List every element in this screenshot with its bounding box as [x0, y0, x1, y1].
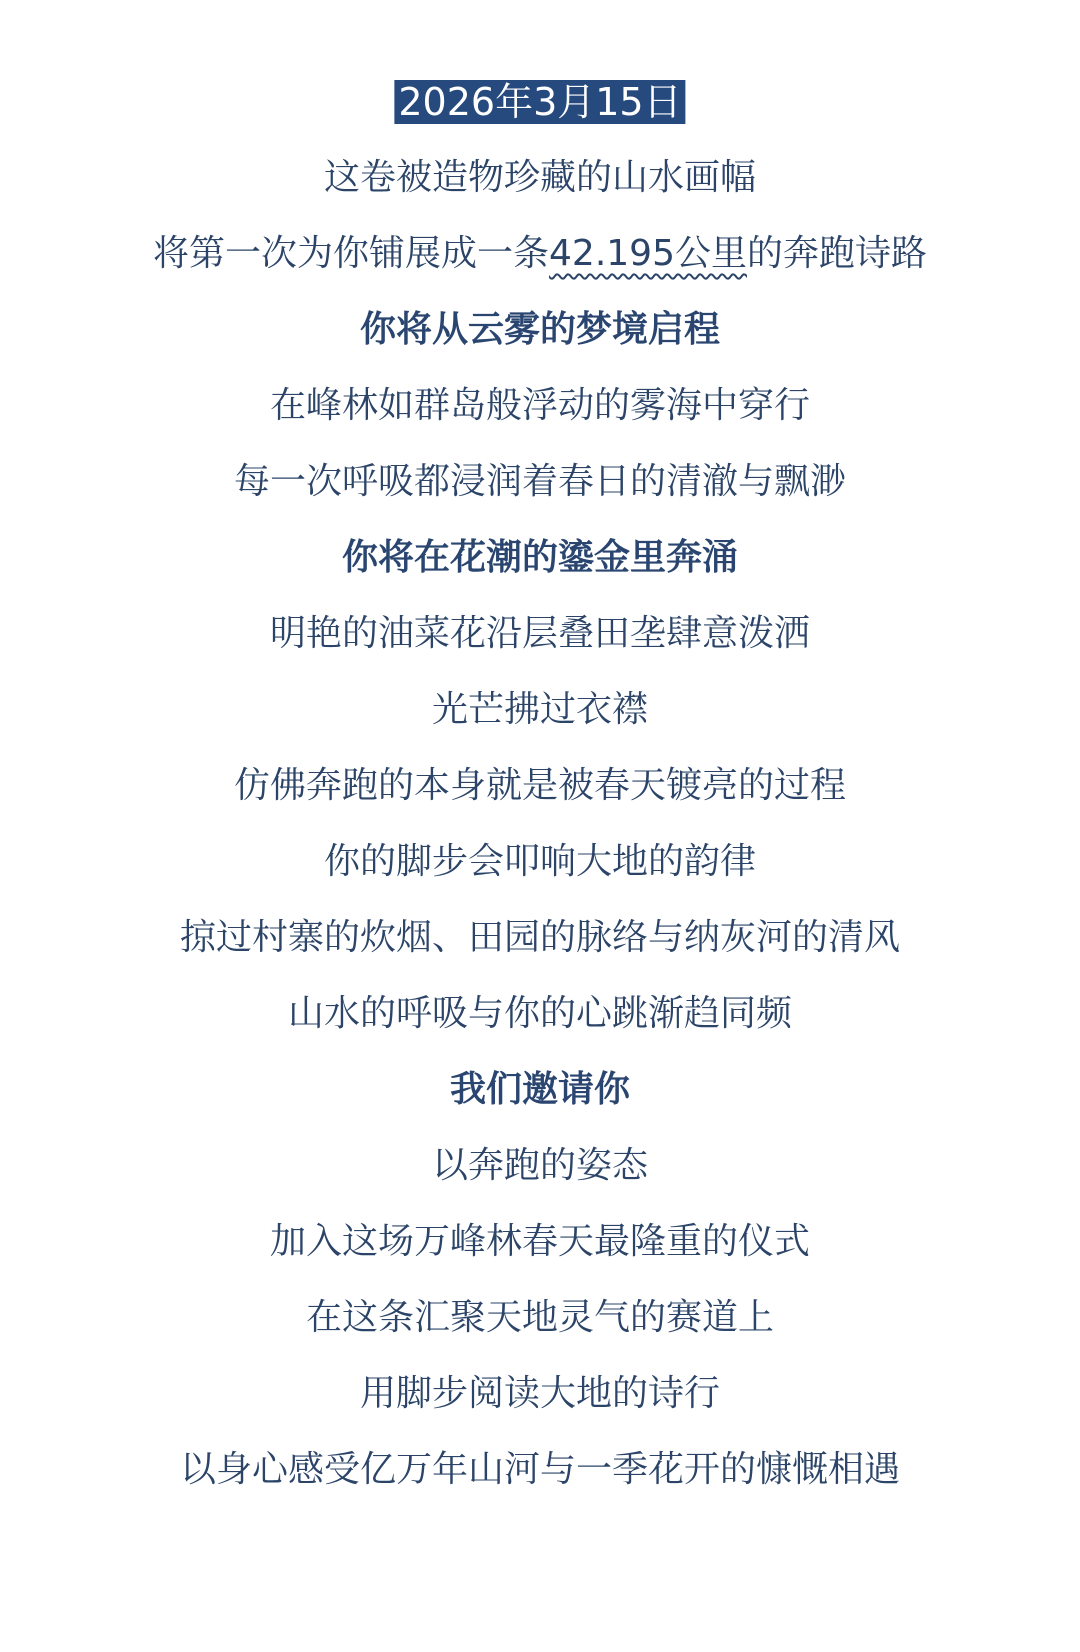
poem-heading: 你将从云雾的梦境启程: [0, 308, 1080, 352]
poem-line: 加入这场万峰林春天最隆重的仪式: [0, 1220, 1080, 1264]
poem-line-distance: 将第一次为你铺展成一条42.195公里的奔跑诗路: [0, 232, 1080, 276]
poem-heading: 我们邀请你: [0, 1068, 1080, 1112]
distance-highlight: 42.195公里: [549, 233, 747, 274]
poem-line: 用脚步阅读大地的诗行: [0, 1372, 1080, 1416]
poem-line: 明艳的油菜花沿层叠田垄肆意泼洒: [0, 612, 1080, 656]
poem-line: 山水的呼吸与你的心跳渐趋同频: [0, 992, 1080, 1036]
poem-line: 以奔跑的姿态: [0, 1144, 1080, 1188]
poem-heading: 你将在花潮的鎏金里奔涌: [0, 536, 1080, 580]
line-post: 的奔跑诗路: [747, 233, 927, 274]
poem-line: 仿佛奔跑的本身就是被春天镀亮的过程: [0, 764, 1080, 808]
poem-line: 这卷被造物珍藏的山水画幅: [0, 156, 1080, 200]
poem-line: 以身心感受亿万年山河与一季花开的慷慨相遇: [0, 1448, 1080, 1492]
line-pre: 将第一次为你铺展成一条: [153, 233, 549, 274]
poem-line: 光芒拂过衣襟: [0, 688, 1080, 732]
poem-line: 掠过村寨的炊烟、田园的脉络与纳灰河的清风: [0, 916, 1080, 960]
poem-line: 在这条汇聚天地灵气的赛道上: [0, 1296, 1080, 1340]
poem-line: 每一次呼吸都浸润着春日的清澈与飘渺: [0, 460, 1080, 504]
poem-line: 你的脚步会叩响大地的韵律: [0, 840, 1080, 884]
poem-line: 在峰林如群岛般浮动的雾海中穿行: [0, 384, 1080, 428]
date-badge: 2026年3月15日: [394, 80, 685, 124]
